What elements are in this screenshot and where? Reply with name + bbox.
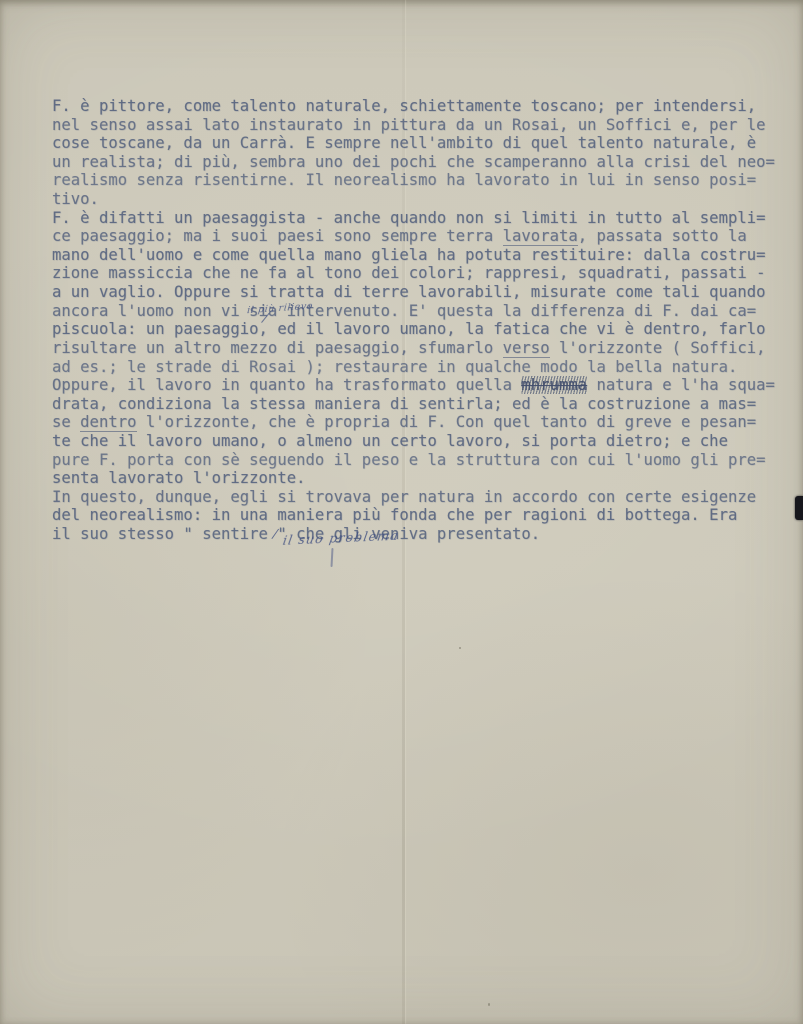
typed-line: senta lavorato l'orizzonte. bbox=[52, 469, 792, 488]
paper-sheet: F. è pittore, come talento naturale, sch… bbox=[0, 0, 803, 1024]
text-segment: l'orizzonte, che è propria di F. Con que… bbox=[137, 413, 757, 431]
underlined-word: lavorata bbox=[503, 227, 578, 246]
typed-line: il suo stesso " sentire " che gli veniva… bbox=[52, 525, 792, 544]
text-segment: ce paesaggio; ma i suoi paesi sono sempr… bbox=[52, 227, 503, 245]
text-segment: senta lavorato l'orizzonte. bbox=[52, 469, 305, 487]
paper-speck bbox=[459, 647, 461, 649]
typed-line: Oppure, il lavoro in quanto ha trasforma… bbox=[52, 376, 792, 395]
text-segment: un realista; di più, sembra uno dei poch… bbox=[52, 153, 775, 171]
typed-line: mano dell'uomo e come quella mano gliela… bbox=[52, 246, 792, 265]
text-segment: a un vaglio. Oppure si tratta di terre l… bbox=[52, 283, 766, 301]
text-segment: , passata sotto la bbox=[578, 227, 747, 245]
paper-speck bbox=[488, 1003, 490, 1006]
typed-line: F. è pittore, come talento naturale, sch… bbox=[52, 97, 792, 116]
paper-speck bbox=[441, 120, 443, 122]
typed-line: te che il lavoro umano, o almeno un cert… bbox=[52, 432, 792, 451]
text-segment: tivo. bbox=[52, 190, 99, 208]
typed-line: tivo. bbox=[52, 190, 792, 209]
text-segment: te che il lavoro umano, o almeno un cert… bbox=[52, 432, 728, 450]
typed-line: ancora l'uomo non vi sia intervenuto. E'… bbox=[52, 302, 792, 321]
text-segment: ad es.; le strade di Rosai ); restaurare… bbox=[52, 358, 737, 376]
typed-line: del neorealismo: in una maniera più fond… bbox=[52, 506, 792, 525]
typed-line: pure F. porta con sè seguendo il peso e … bbox=[52, 451, 792, 470]
text-segment: ancora l'uomo non vi sia intervenuto. E'… bbox=[52, 302, 756, 320]
text-segment: se bbox=[52, 413, 80, 431]
handwritten-stroke bbox=[331, 548, 334, 567]
text-segment: natura e l'ha squa= bbox=[587, 376, 775, 394]
typed-line: drata, condiziona la stessa maniera di s… bbox=[52, 395, 792, 414]
struck-out-word: mhrumma bbox=[521, 376, 587, 394]
text-segment: nel senso assai lato instaurato in pittu… bbox=[52, 116, 766, 134]
typed-line: F. è difatti un paesaggista - anche quan… bbox=[52, 209, 792, 228]
underlined-word: dentro bbox=[80, 413, 136, 432]
text-segment: mano dell'uomo e come quella mano gliela… bbox=[52, 246, 766, 264]
typed-line: piscuola: un paesaggio, ed il lavoro uma… bbox=[52, 320, 792, 339]
text-segment: cose toscane, da un Carrà. E sempre nell… bbox=[52, 134, 756, 152]
typed-line: se dentro l'orizzonte, che è propria di … bbox=[52, 413, 792, 432]
text-segment: del neorealismo: in una maniera più fond… bbox=[52, 506, 737, 524]
typed-line: zione massiccia che ne fa al tono dei co… bbox=[52, 264, 792, 283]
typed-line: ad es.; le strade di Rosai ); restaurare… bbox=[52, 358, 792, 377]
typed-line: realismo senza risentirne. Il neorealism… bbox=[52, 171, 792, 190]
typed-line: In questo, dunque, egli si trovava per n… bbox=[52, 488, 792, 507]
text-segment: zione massiccia che ne fa al tono dei co… bbox=[52, 264, 766, 282]
text-segment: l'orizzonte ( Soffici, bbox=[550, 339, 766, 357]
text-segment: realismo senza risentirne. Il neorealism… bbox=[52, 171, 756, 189]
typed-line: cose toscane, da un Carrà. E sempre nell… bbox=[52, 134, 792, 153]
typed-line: risultare un altro mezzo di paesaggio, s… bbox=[52, 339, 792, 358]
text-segment: Oppure, il lavoro in quanto ha trasforma… bbox=[52, 376, 521, 394]
typed-line: nel senso assai lato instaurato in pittu… bbox=[52, 116, 792, 135]
typed-line: ce paesaggio; ma i suoi paesi sono sempr… bbox=[52, 227, 792, 246]
typed-text-block: F. è pittore, come talento naturale, sch… bbox=[52, 97, 792, 544]
scan-edge-mark bbox=[795, 496, 803, 520]
text-segment: piscuola: un paesaggio, ed il lavoro uma… bbox=[52, 320, 766, 338]
text-segment: risultare un altro mezzo di paesaggio, s… bbox=[52, 339, 503, 357]
text-segment: pure F. porta con sè seguendo il peso e … bbox=[52, 451, 766, 469]
text-segment: F. è difatti un paesaggista - anche quan… bbox=[52, 209, 766, 227]
text-segment: F. è pittore, come talento naturale, sch… bbox=[52, 97, 756, 115]
underlined-word: verso bbox=[503, 339, 550, 358]
text-segment: In questo, dunque, egli si trovava per n… bbox=[52, 488, 756, 506]
text-segment: drata, condiziona la stessa maniera di s… bbox=[52, 395, 756, 413]
typed-line: un realista; di più, sembra uno dei poch… bbox=[52, 153, 792, 172]
typed-line: a un vaglio. Oppure si tratta di terre l… bbox=[52, 283, 792, 302]
